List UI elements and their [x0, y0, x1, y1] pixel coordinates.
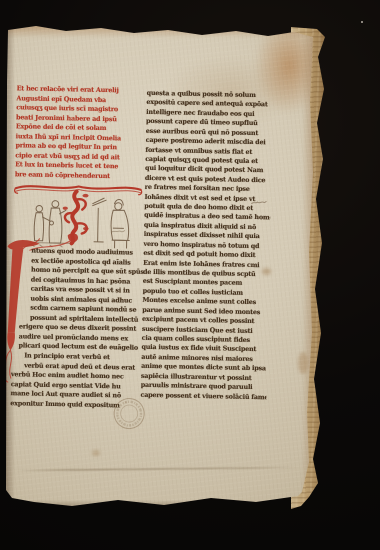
marginal-scribble: [112, 230, 125, 232]
library-stamp: [107, 391, 152, 436]
page-content: Et hec relacōe viri erat AurelijAugustin…: [0, 22, 318, 516]
rubric-text: Et hec relacōe viri erat AurelijAugustin…: [15, 84, 149, 182]
photo-backdrop: Et hec relacōe viri erat AurelijAugustin…: [0, 0, 380, 550]
dust-speck: [361, 21, 363, 23]
manuscript-page: Et hec relacōe viri erat AurelijAugustin…: [6, 22, 318, 510]
seated-scribe: [111, 199, 131, 248]
right-column-text: questa a quibus possit nō solumexpositū …: [140, 89, 272, 402]
lectern: [92, 198, 107, 242]
left-column-text: ntuens quod modo audiuimusex lectiōe apo…: [10, 246, 147, 411]
marginal-annotation: [249, 197, 267, 207]
text-line: capere possent et viuere solāciū fame: [140, 390, 266, 402]
